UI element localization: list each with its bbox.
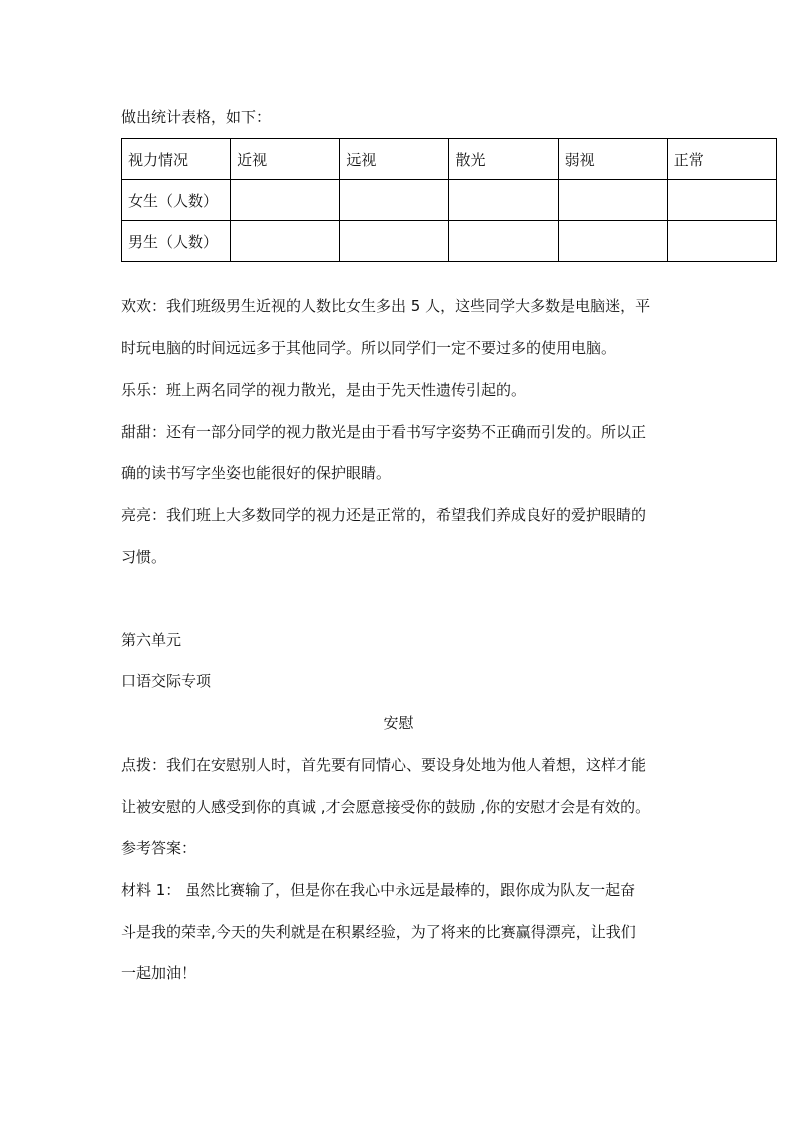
paragraph-lele: 乐乐：班上两名同学的视力散光，是由于先天性遗传引起的。 bbox=[121, 380, 526, 400]
paragraph-tiantian-line-1: 甜甜：还有一部分同学的视力散光是由于看书写字姿势不正确而引发的。所以正 bbox=[121, 422, 646, 442]
table-cell bbox=[231, 221, 340, 262]
table-cell bbox=[558, 180, 667, 221]
material-1-line-3: 一起加油！ bbox=[121, 963, 196, 983]
table-header-row: 视力情况 近视 远视 散光 弱视 正常 bbox=[122, 139, 777, 180]
material-1-line-2: 斗是我的荣幸,今天的失利就是在积累经验，为了将来的比赛赢得漂亮，让我们 bbox=[121, 922, 636, 942]
table-header-cell: 散光 bbox=[449, 139, 558, 180]
table-intro: 做出统计表格，如下： bbox=[121, 107, 271, 127]
table-header-cell: 弱视 bbox=[558, 139, 667, 180]
paragraph-liangliang-line-2: 习惯。 bbox=[121, 547, 166, 567]
table-header-cell: 正常 bbox=[667, 139, 776, 180]
table-cell bbox=[449, 221, 558, 262]
material-1-line-1: 材料 1： 虽然比赛输了，但是你在我心中永远是最棒的，跟你成为队友一起奋 bbox=[121, 880, 635, 900]
paragraph-tiantian-line-2: 确的读书写字坐姿也能很好的保护眼睛。 bbox=[121, 463, 391, 483]
table-header-cell: 远视 bbox=[340, 139, 449, 180]
paragraph-huanhuan-line-2: 时玩电脑的时间远远多于其他同学。所以同学们一定不要过多的使用电脑。 bbox=[121, 338, 616, 358]
table-cell bbox=[667, 180, 776, 221]
paragraph-liangliang-line-1: 亮亮：我们班上大多数同学的视力还是正常的，希望我们养成良好的爱护眼睛的 bbox=[121, 505, 646, 525]
row-label-boys: 男生（人数） bbox=[122, 221, 231, 262]
unit-subtitle: 口语交际专项 bbox=[121, 671, 211, 691]
table-cell bbox=[667, 221, 776, 262]
unit-title: 第六单元 bbox=[121, 630, 181, 650]
table-header-cell: 近视 bbox=[231, 139, 340, 180]
table-cell bbox=[340, 221, 449, 262]
table-cell bbox=[231, 180, 340, 221]
paragraph-huanhuan-line-1: 欢欢：我们班级男生近视的人数比女生多出 5 人，这些同学大多数是电脑迷，平 bbox=[121, 296, 650, 316]
row-label-girls: 女生（人数） bbox=[122, 180, 231, 221]
tip-line-2: 让被安慰的人感受到你的真诚 ,才会愿意接受你的鼓励 ,你的安慰才会是有效的。 bbox=[121, 797, 650, 817]
answer-label: 参考答案： bbox=[121, 838, 196, 858]
table-cell bbox=[340, 180, 449, 221]
tip-line-1: 点拨：我们在安慰别人时，首先要有同情心、要设身处地为他人着想，这样才能 bbox=[121, 755, 646, 775]
table-row: 男生（人数） bbox=[122, 221, 777, 262]
table-row: 女生（人数） bbox=[122, 180, 777, 221]
table-cell bbox=[558, 221, 667, 262]
vision-stats-table: 视力情况 近视 远视 散光 弱视 正常 女生（人数） 男生（人数） bbox=[121, 138, 777, 262]
table-header-cell: 视力情况 bbox=[122, 139, 231, 180]
topic-heading: 安慰 bbox=[121, 713, 676, 733]
table-cell bbox=[449, 180, 558, 221]
